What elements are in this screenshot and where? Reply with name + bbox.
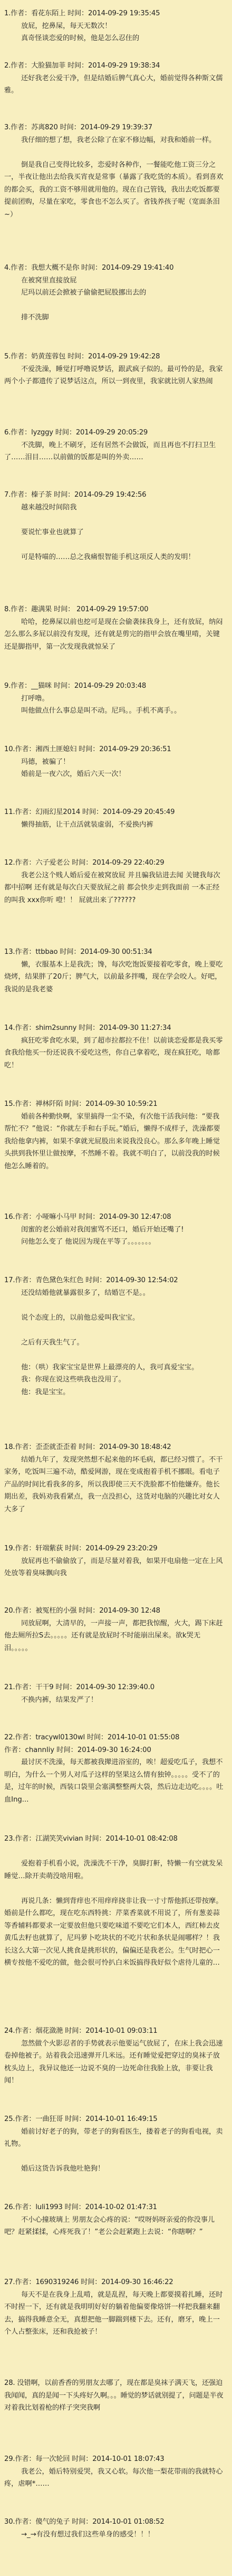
post-paragraph: 结婚九年了，发现突然想不起来他的坏毛病，都已经习惯了。不干家务，吃饭叫三遍不动，… [4,1454,225,1516]
post-paragraph: 排不洗脚 [4,311,225,324]
post-item: 13.作者：ttbbao 时间：2014-09-30 00:51:34懒，衣服基… [4,946,225,996]
post-item: 29.作者：每一次轮回 时间：2014-10-01 18:07:43我老公，婚后… [4,2453,225,2490]
post-paragraph: 婚前各种勤快啊，家里搞得一尘不染，有次他干活我问他：“要我帮忙不？”他说：“你就… [4,1111,225,1173]
post-paragraph: 婚前是一夜六次，婚后六天一次！ [4,768,225,781]
post-paragraph: 说个态度上的，以前他总爱叫我宝宝。 [4,1312,225,1324]
post-paragraph: 不小心撞玻璃上 男朋友会心疼的说：“哎呀妈呀亲爱的你没事儿吧？赶紧揉揉，心疼死我… [4,2214,225,2239]
post-paragraph: 懒，衣服基本上是我洗；馋，每次吃饱饭要接着吃零食，晚上要吃烧烤，结果胖了20斤；… [4,959,225,996]
post-paragraph: 打呼噜。 [4,693,225,705]
post-paragraph: 忽然做个火影忍者的手势就表示他要运气放屁了，在床上我会迅速卷掉他被子。站着我会迅… [4,2038,225,2087]
post-header: 7.作者：榛子茶 时间：2014-09-29 19:42:56 [4,489,225,501]
post-header: 13.作者：ttbbao 时间：2014-09-30 00:51:34 [4,946,225,959]
post-header: 24.作者：烟花潋滟 时间：2014-10-01 09:03:11 [4,2025,225,2038]
blank-line [4,1349,225,1361]
post-paragraph: 爱抱着手机看小说，洗澡洗不干净，臭脚打鼾，特懒一有空就发呆睡觉…除开卖萌没啥用啦… [4,1858,225,1882]
post-item: 27.作者：1690319246 时间：2014-09-30 16:46:22每… [4,2276,225,2338]
post-item: 23.作者：江湖笑笑vivian 时间：2014-10-01 08:42:08爱… [4,1833,225,1969]
post-paragraph: 之后有天我生气了。 [4,1337,225,1349]
post-item: 28. 没错啊，以前香香的男朋友去哪了，现在都是臭袜子满天飞，还强迫我闻闻，真的… [4,2377,225,2414]
post-header: 12.作者：六子爱老公 时间：2014-09-29 22:40:29 [4,857,225,869]
post-paragraph: 再说几条：懒到背痒也不用痒痒挠非让我一寸寸帮他抓还带按摩。婚前是什么都吃，现在吃… [4,1895,225,1969]
post-paragraph: 他：我是宝宝。 [4,1386,225,1399]
post-paragraph: 疯狂吃零食吃水果，到了超市拉都拉不住！以前谈恋爱都是我买零食我给他买一份还说我不… [4,1035,225,1072]
post-header: 11.作者：幻雨幻星2014 时间：2014-09-29 20:45:49 [4,806,225,819]
post-list: 1.作者：看花东陌上 时间：2014-09-29 19:35:45放屁，挖鼻屎，… [0,0,232,2576]
post-header: 19.作者：轩端紫荻 时间：2014-09-29 23:20:29 [4,1542,225,1555]
post-header: 15.作者：禅林阡陌 时间：2014-09-30 10:59:21 [4,1098,225,1111]
post-item: 11.作者：幻雨幻星2014 时间：2014-09-29 20:45:49懒得抽… [4,806,225,831]
post-item: 16.作者：小哑嘛小马甲 时间：2014-09-30 12:47:08闺蜜的老公… [4,1211,225,1248]
post-paragraph: 他：（哄）我家宝宝是世界上最漂亮的人，我可真爱宝宝。 [4,1361,225,1374]
post-paragraph: 在被窝里直接放屁 [4,274,225,287]
post-item: 21.作者：干干9 时间：2014-09-30 12:39:40.0不换内裤，结… [4,1681,225,1706]
post-header: 30.作者：傻气的兔子 时间：2014-10-01 01:08:52 [4,2516,225,2528]
blank-line [4,1882,225,1895]
post-paragraph: 我仔细的想了想，我老公除了在家不修边幅，对我和婚前一样。 [4,134,225,147]
post-header: 1.作者：看花东陌上 时间：2014-09-29 19:35:45 [4,7,225,20]
post-header: 20.作者：被冤枉的小强 时间：2014-09-30 12:48 [4,1605,225,1617]
post-item: 22.作者：tracywl0130wl 时间：2014-10-01 01:55:… [4,1731,225,1806]
post-item: 2.作者：大脸猫加菲 时间：2014-09-29 19:38:34还好我老公爱干… [4,60,225,97]
post-paragraph: 同放屁啊，大清早的，一声接一声，都把我惊醒，火大，踢下床赶他去厕所拉S去。。。。… [4,1617,225,1655]
post-paragraph: 问他怎么变了 他说因为现在平等了。。。。。。。 [4,1236,225,1248]
post-item: 15.作者：禅林阡陌 时间：2014-09-30 10:59:21婚前各种勤快啊… [4,1098,225,1172]
blank-line [4,1299,225,1312]
post-item: 10.作者：湘西土匪媳妇 时间：2014-09-29 20:36:51玛德，被骗… [4,743,225,781]
post-paragraph: 最讨厌不洗澡，每天都被我撵进浴室的，唉！超爱吃瓜子，我想不明白，为什么一个男人对… [4,1756,225,1806]
post-header: 5.作者：奶黄莲蓉包 时间：2014-09-29 19:42:28 [4,351,225,363]
post-paragraph: 每天不是在我身上乱啃，就是乱捏，每天晚上都要摸着扎睡，还时不时捏一下，还有就是我… [4,2289,225,2338]
post-paragraph: 哈哈，挖鼻屎以前也挖可是现在会偷袭抹我身上，还有放屁，纳闷怎么那么多屁以前没有发… [4,616,225,654]
post-paragraph: 叫他做点什么事总是叫不动。尼玛。。手机不离手。。 [4,705,225,717]
blank-line [4,146,225,159]
post-paragraph: 婚后这货告诉我他吐艳狗！ [4,2163,225,2175]
post-paragraph: 真奇怪谈恋爱的时候，他是怎么忍住的 [4,32,225,45]
post-item: 1.作者：看花东陌上 时间：2014-09-29 19:35:45放屁，挖鼻屎，… [4,7,225,45]
post-paragraph: 我老公这个贱人婚后爱在被窝放屁 并且骗我钻进去闻 关键我每次都中招啊 还有就是每… [4,869,225,907]
post-item: 30.作者：傻气的兔子 时间：2014-10-01 01:08:52→_→有没有… [4,2516,225,2541]
blank-line [4,538,225,551]
post-item: 19.作者：轩端紫荻 时间：2014-09-29 23:20:29放屁再也不偷偷… [4,1542,225,1580]
post-paragraph: 放屁，挖鼻屎，每天无数次！ [4,20,225,33]
blank-line [4,1845,225,1858]
post-item: 18.作者：歪歪就歪歪着 时间：2014-09-30 18:48:42结婚九年了… [4,1441,225,1516]
post-item: 20.作者：被冤枉的小强 时间：2014-09-30 12:48同放屁啊，大清早… [4,1605,225,1654]
post-item: 26.作者：luli1993 时间：2014-10-02 01:47:31不小心… [4,2201,225,2239]
post-header: 23.作者：江湖笑笑vivian 时间：2014-10-01 08:42:08 [4,1833,225,1845]
post-item: 25.作者：一曲狂哥 时间：2014-10-01 16:49:15婚前讨好老子的… [4,2113,225,2175]
post-header: 29.作者：每一次轮回 时间：2014-10-01 18:07:43 [4,2453,225,2466]
post-paragraph: 还没结婚他就暴露很多了，结婚岂不是。。 [4,1287,225,1300]
post-paragraph: 尼玛以前还会掀被子偷偷把屁股挪出去的 [4,287,225,299]
post-paragraph: 要说忙事业也就算了 [4,526,225,539]
post-item: 8.作者：趣满果 时间： 2014-09-29 19:57:00哈哈，挖鼻屎以前… [4,603,225,653]
blank-line [4,1324,225,1337]
post-header: 10.作者：湘西土匪媳妇 时间：2014-09-29 20:36:51 [4,743,225,756]
post-header: 28. 没错啊，以前香香的男朋友去哪了，现在都是臭袜子满天飞，还强迫我闻闻，真的… [4,2377,225,2414]
post-item: 5.作者：奶黄莲蓉包 时间：2014-09-29 19:42:28不爱洗澡，睡觉… [4,351,225,388]
post-item: 17.作者：青色黛色朱红色 时间：2014-09-30 12:54:02还没结婚… [4,1274,225,1398]
post-paragraph: 我老公，婚后特别爱哭，我又心软。每次他一梨花带雨的我就特心疼，虐啊*…… [4,2466,225,2490]
post-header: 3.作者：苏离820 时间：2014-09-29 19:39:37 [4,121,225,134]
blank-line [4,2151,225,2163]
post-header: 4.作者：我想大概不是你 时间：2014-09-29 19:41:40 [4,262,225,274]
post-paragraph: 玛德，被骗了！ [4,756,225,769]
blank-line [4,514,225,526]
post-paragraph: 我：你现在说这些哄我也没用了。 [4,1374,225,1386]
post-header: 14.作者：shim2sunny 时间：2014-09-30 11:27:34 [4,1022,225,1035]
post-paragraph: 作者：channliy 时间：2014-09-30 16:24:00 [4,1744,225,1757]
post-item: 9.作者：__猫咪 时间：2014-09-29 20:03:48打呼噜。叫他做点… [4,680,225,717]
post-item: 14.作者：shim2sunny 时间：2014-09-30 11:27:34疯… [4,1022,225,1072]
post-paragraph: 闺蜜的老公婚前对我闺蜜骂不还口，婚后开始还嘴了! [4,1224,225,1236]
post-item: 3.作者：苏离820 时间：2014-09-29 19:39:37我仔细的想了想… [4,121,225,221]
post-header: 8.作者：趣满果 时间： 2014-09-29 19:57:00 [4,603,225,616]
post-header: 17.作者：青色黛色朱红色 时间：2014-09-30 12:54:02 [4,1274,225,1287]
post-header: 22.作者：tracywl0130wl 时间：2014-10-01 01:55:… [4,1731,225,1744]
post-header: 25.作者：一曲狂哥 时间：2014-10-01 16:49:15 [4,2113,225,2126]
post-header: 2.作者：大脸猫加菲 时间：2014-09-29 19:38:34 [4,60,225,72]
post-item: 4.作者：我想大概不是你 时间：2014-09-29 19:41:40在被窝里直… [4,262,225,324]
post-paragraph: →_→有没有想过我们这些单身的感受！！！ [4,2528,225,2541]
post-paragraph: 懒得抽筋，让干点活就装虚弱，不爱换内裤 [4,819,225,831]
post-paragraph: 越来越没时间陪我 [4,501,225,514]
post-header: 18.作者：歪歪就歪歪着 时间：2014-09-30 18:48:42 [4,1441,225,1454]
blank-line [4,299,225,312]
post-paragraph: 倒是我自己变得比较多，恋爱时各种作，一餐能吃他工资三分之一，半夜让他出去给我买宵… [4,159,225,221]
post-paragraph: 不换内裤，结果发严了！ [4,1694,225,1707]
post-paragraph: 可是特喵的……总之我痛恨智能手机这项反人类的发明！ [4,551,225,564]
post-header: 26.作者：luli1993 时间：2014-10-02 01:47:31 [4,2201,225,2214]
post-item: 7.作者：榛子茶 时间：2014-09-29 19:42:56越来越没时间陪我要… [4,489,225,563]
post-header: 16.作者：小哑嘛小马甲 时间：2014-09-30 12:47:08 [4,1211,225,1224]
post-item: 24.作者：烟花潋滟 时间：2014-10-01 09:03:11忽然做个火影忍… [4,2025,225,2087]
post-header: 27.作者：1690319246 时间：2014-09-30 16:46:22 [4,2276,225,2289]
post-paragraph: 还好我老公爱干净，但是结婚后脾气真心大，婚前觉得各种斯文儒雅。 [4,72,225,97]
post-item: 12.作者：六子爱老公 时间：2014-09-29 22:40:29我老公这个贱… [4,857,225,906]
post-paragraph: 放屁再也不偷偷放了，而是尽量对着我，如果开电扇他一定在上风处放等着臭味飘向我 [4,1555,225,1580]
post-paragraph: 不洗脚，晚上不刷牙，还有居然不会做饭，而且再也不打扫卫生了……泪目……以前做的饭… [4,439,225,464]
post-header: 21.作者：干干9 时间：2014-09-30 12:39:40.0 [4,1681,225,1694]
post-paragraph: 不爱洗澡，睡觉打呼噜说梦话，跟武疯子似的。最可怜的是，我家两个小子都遗传了说梦话… [4,363,225,388]
post-header: 6.作者：lyzggy 时间：2014-09-29 20:05:29 [4,427,225,439]
post-header: 9.作者：__猫咪 时间：2014-09-29 20:03:48 [4,680,225,693]
post-item: 6.作者：lyzggy 时间：2014-09-29 20:05:29不洗脚，晚上… [4,427,225,464]
post-paragraph: 婚前讨好老子的狗，带老子的狗看医生，搂着老子的狗看电视，卖礼物。 [4,2126,225,2151]
